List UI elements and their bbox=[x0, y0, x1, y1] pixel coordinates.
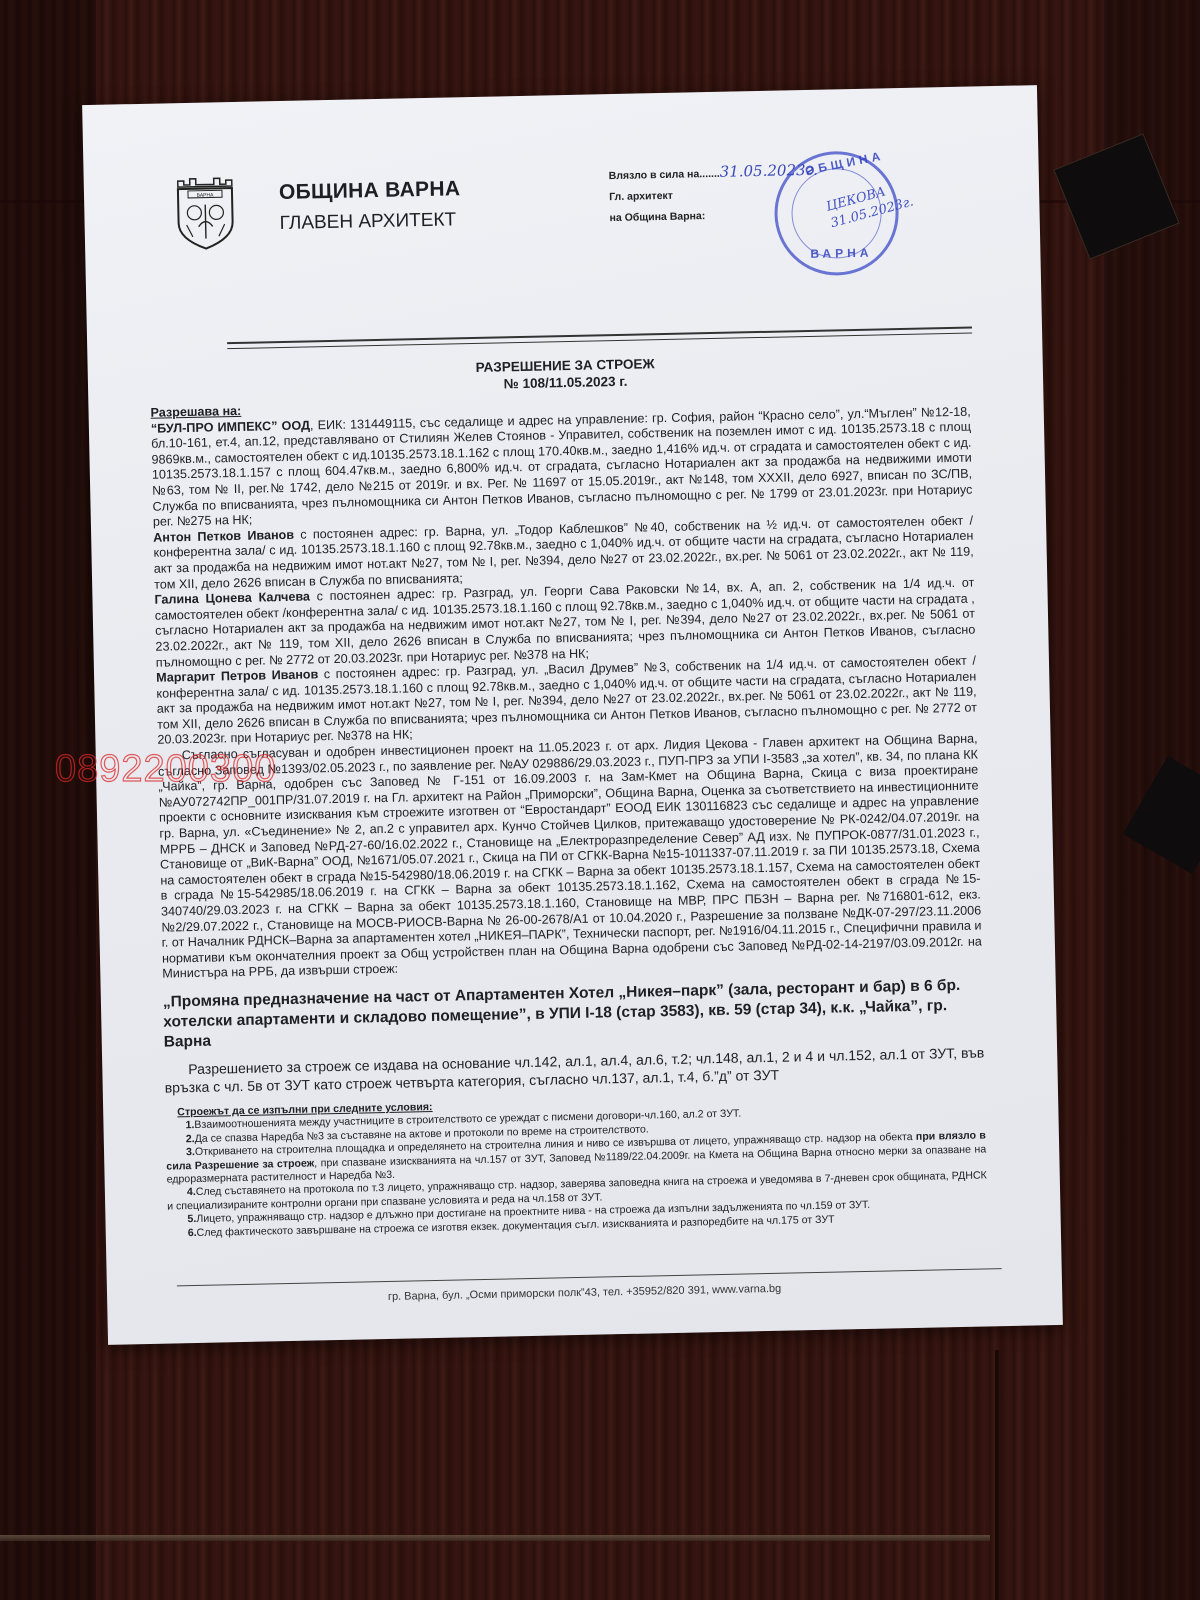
party-name: Галина Цонева Калчева bbox=[154, 590, 310, 607]
legal-basis: Разрешението за строеж се издава на осно… bbox=[164, 1043, 985, 1096]
phone-watermark: 0892200300 bbox=[55, 748, 276, 791]
conditions-section: Строежът да се изпълни при следните усло… bbox=[165, 1089, 988, 1240]
party-name: “БУЛ-ПРО ИМПЕКС” ООД bbox=[151, 418, 310, 435]
construction-subject: „Промяна предназначение на част от Апарт… bbox=[163, 975, 984, 1052]
official-stamp: ОБЩИНА ЦЕКОВА 31.05.2023г. ВАРНА bbox=[773, 150, 900, 277]
varna-coat-of-arms-icon: ВАРНА bbox=[174, 172, 238, 251]
document-body: Разрешава на: “БУЛ-ПРО ИМПЕКС” ООД, ЕИК:… bbox=[150, 389, 987, 1241]
permits-label: Разрешава на: bbox=[150, 404, 241, 420]
footer-address: гр. Варна, бул. „Осми приморски полк”43,… bbox=[107, 1277, 1062, 1309]
stamp-text-bottom: ВАРНА bbox=[810, 246, 872, 261]
party-name: Маргарит Петров Иванов bbox=[156, 667, 318, 684]
stamp-text-top: ОБЩИНА bbox=[804, 149, 885, 178]
org-subtitle: ГЛАВЕН АРХИТЕКТ bbox=[279, 209, 456, 235]
municipality-label: на Община Варна bbox=[609, 210, 701, 224]
dark-square-object bbox=[1053, 133, 1179, 259]
wood-edge bbox=[995, 1350, 999, 1600]
svg-text:ВАРНА: ВАРНА bbox=[197, 192, 215, 198]
party-name: Антон Петков Иванов bbox=[153, 528, 294, 545]
stamp-signature: ЦЕКОВА 31.05.2023г. bbox=[824, 177, 915, 232]
wood-groove bbox=[0, 1535, 990, 1541]
letterhead: ВАРНА ОБЩИНА ВАРНА ГЛАВЕН АРХИТЕКТ Влязл… bbox=[154, 156, 976, 293]
header-divider bbox=[227, 327, 972, 350]
document-page: ВАРНА ОБЩИНА ВАРНА ГЛАВЕН АРХИТЕКТ Влязл… bbox=[82, 85, 1063, 1345]
dark-square-object bbox=[1123, 756, 1200, 874]
basis-paragraph: Съгласно съгласуван и одобрен инвестицио… bbox=[158, 732, 983, 983]
validity-label: Влязло в сила на bbox=[609, 168, 700, 182]
org-name: ОБЩИНА ВАРНА bbox=[279, 177, 461, 205]
permits-paragraph: Разрешава на: “БУЛ-ПРО ИМПЕКС” ООД, ЕИК:… bbox=[150, 389, 972, 531]
